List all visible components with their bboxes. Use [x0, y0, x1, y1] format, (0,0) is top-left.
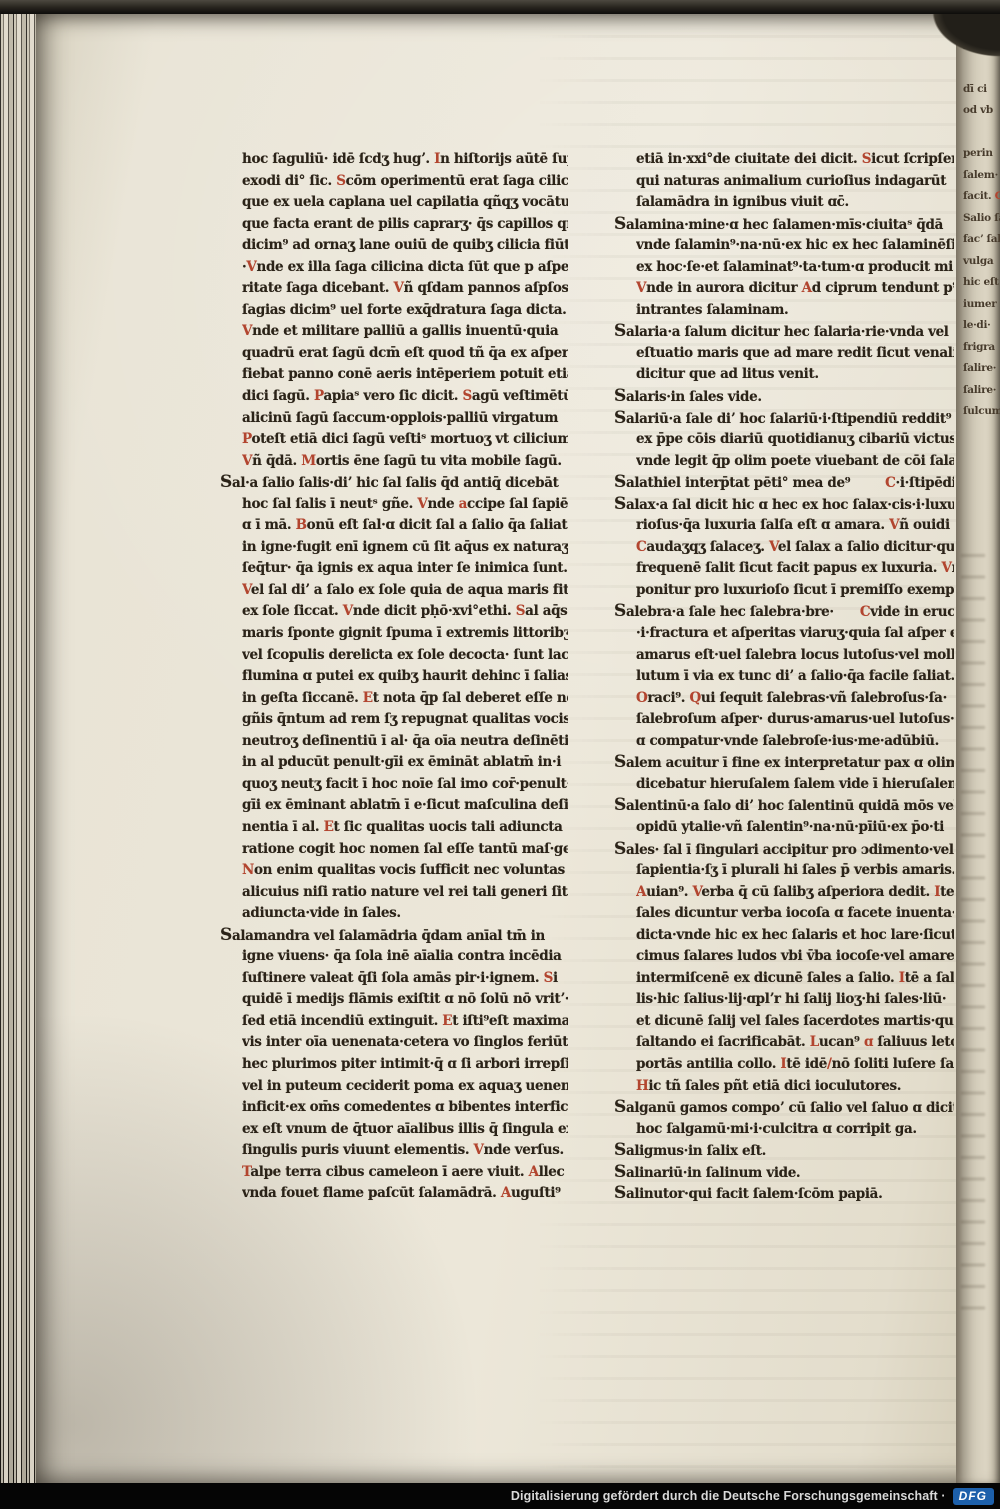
text-line: facit. C [956, 186, 1000, 208]
text-line: que facta erant de pilis caprarʒ· q̄s ca… [242, 214, 568, 236]
text-line: iumer [956, 294, 1000, 316]
footer-credit-text: Digitalisierung gefördert durch die Deut… [511, 1489, 946, 1503]
rubricated-letter: M [301, 453, 316, 469]
text-line: ·i·fractura et aſperitas viaruʒ·quia ſal… [636, 623, 954, 645]
text-line: et dicunē ſalij vel ſales ſacerdotes mar… [636, 1011, 954, 1033]
text-line: ſalem· [956, 165, 1000, 187]
text-line: ſagias dicim⁹ uel forte exq̄dratura ſaga… [242, 300, 568, 322]
text-line: lutum ī via ex tunc diʼ a ſalio·q̄a faci… [636, 666, 954, 688]
entry-initial: S [220, 925, 232, 945]
text-line: ex hoc·ſe·et ſalaminat⁹·ta·tum·ɑ produci… [636, 257, 954, 279]
entry-initial: S [614, 1140, 626, 1160]
text-line: ratione cogit hoc nomen ſal eſſe tantū m… [242, 839, 568, 861]
text-line: Oraci⁹. Qui ſequit ſalebras·vñ ſalebroſu… [636, 688, 954, 710]
text-line: in al pducūt penult·gīi ex ēmināt ablatm… [242, 752, 568, 774]
rubricated-letter: V [474, 1142, 484, 1158]
entry-initial: S [614, 1162, 626, 1182]
text-line: quadrū erat ſagū dcm̄ eſt quod tñ q̄a ex… [242, 343, 568, 365]
text-line: ponitur pro luxurioſo ſicut ī premiſſo e… [636, 580, 954, 602]
rubricated-letter: P [314, 388, 323, 404]
text-line: nentia ī al. Et ſic qualitas uocis tali … [242, 817, 568, 839]
text-line: ſales dicuntur verba iocoſa ɑ facete inu… [636, 903, 954, 925]
text-line: Vnde in aurora dicitur Ad ciprum tendunt… [636, 278, 954, 300]
text-line: ſingulis puris viuunt elementis. Vnde ve… [242, 1140, 568, 1162]
rubricated-letter: C [860, 604, 870, 620]
text-line: le·di· [956, 315, 1000, 337]
text-line: neutroʒ deſinentiū ī al· q̄a oīa neutra … [242, 731, 568, 753]
text-line: Salganū gamos compoʼ cū ſalio vel ſaluo … [614, 1097, 954, 1119]
text-line: maris ſponte gignit ſpuma ī extremis lit… [242, 623, 568, 645]
rubricated-letter: S [462, 388, 471, 404]
text-line: vnda fouet flame paſcūt ſalamādrā. Auguſ… [242, 1183, 568, 1205]
entry-initial: S [614, 601, 626, 621]
text-line: inficit·ex om̄s comedentes ɑ bibentes in… [242, 1097, 568, 1119]
text-line: ex p̄pe cōis diariū quotidianuʒ cibariū … [636, 429, 954, 451]
text-line: hoc ſalgamū·mi·i·culcitra ɑ corripit ga. [636, 1119, 954, 1141]
rubricated-letter: I [780, 1056, 786, 1072]
text-line: opidū ytalie·vñ ſalentin⁹·na·nū·pīiū·ex … [636, 817, 954, 839]
rubricated-letter: V [246, 259, 256, 275]
text-line: ſalamādra in ignibus viuit ɑc̄. [636, 192, 954, 214]
rubricated-letter: S [862, 151, 871, 167]
text-line: Salaria·a ſalum dicitur hec ſalaria·rie·… [614, 321, 954, 343]
text-line: Vñ q̄dā. Mortis ēne ſagū tu vita mobile … [242, 451, 568, 473]
dfg-logo: DFG [953, 1488, 994, 1505]
text-line: intrantes ſalaminam. [636, 300, 954, 322]
entry-initial: S [614, 752, 626, 772]
text-line: alicuius niſi ratio nature vel rei tali … [242, 882, 568, 904]
text-line: Salamandra vel ſalamādria q̄dam anīal tm… [220, 925, 568, 947]
text-line: vel in puteum ceciderit poma ex aquaʒ ue… [242, 1076, 568, 1098]
rubricated-letter: V [769, 539, 778, 555]
entry-initial: S [220, 472, 232, 492]
top-edge-bar [0, 0, 1000, 14]
text-line: adiuncta·vide in ſales. [242, 903, 568, 925]
rubricated-letter: P [242, 431, 251, 447]
rubricated-letter: Q [690, 690, 701, 706]
text-line: Salathiel interp̄tat pēti° mea de⁹ C·i·ſ… [614, 472, 954, 494]
text-column-right: etiā in·xxi°de ciuitate dei dicit. Sicut… [614, 149, 954, 1215]
text-line: perin [956, 143, 1000, 165]
text-line: vnde ſalamin⁹·na·nū·ex hic ex hec ſalami… [636, 235, 954, 257]
entry-initial: S [614, 494, 626, 514]
rubricated-letter: I [934, 884, 940, 900]
rubricated-letter: V [242, 582, 251, 598]
text-line: amarus eſt·uel ſalebra locus lutoſus·vel… [636, 645, 954, 667]
text-line: Salem acuitur ī fine ex interpretatur pa… [614, 752, 954, 774]
text-line: ſalire· [956, 380, 1000, 402]
text-line: igne viuens· q̄a ſola inē aīalia contra … [242, 946, 568, 968]
entry-initial: S [614, 408, 626, 428]
text-line: Talpe terra cibus cameleon ī aere viuit.… [242, 1162, 568, 1184]
text-line: flumina ɑ putei ex quibʒ haurit dehinc ī… [242, 666, 568, 688]
text-line: ex ſole ſiccat. Vnde dicit pḥō·xvi°ethi.… [242, 601, 568, 623]
fore-edge-strip: Saliſal·ɑ·dī ciod vbperinſalem·facit. CS… [956, 14, 1000, 1483]
text-line: ſeq̄tur· q̄a ignis ex aqua inter ſe inim… [242, 558, 568, 580]
text-line: facʼ ſal [956, 229, 1000, 251]
rubricated-letter: E [363, 690, 373, 706]
text-line: Salariū·a ſale diʼ hoc ſalariū·i·ſtipend… [614, 408, 954, 430]
rubricated-letter: I [434, 151, 440, 167]
text-line: etiā in·xxi°de ciuitate dei dicit. Sicut… [636, 149, 954, 171]
text-line: cimus ſalares ludos vbi v̄ba iocoſe·vel … [636, 946, 954, 968]
text-line: dicim⁹ ad ornaʒ lane ouiū de quibʒ cilic… [242, 235, 568, 257]
text-line: hic eſt [956, 272, 1000, 294]
text-line [956, 122, 1000, 144]
rubricated-letter: O [636, 690, 647, 706]
text-line: Saligmus·in ſalix eſt. [614, 1140, 954, 1162]
text-line: Vel ſal diʼ a ſalo ex ſole quia de aqua … [242, 580, 568, 602]
entry-initial: S [614, 1097, 626, 1117]
text-line: ɑ compatur·vnde ſalebroſe·ius·me·adūbiū. [636, 731, 954, 753]
text-line: fiebat panno conē aeris intēperiem potui… [242, 364, 568, 386]
entry-initial: S [614, 472, 626, 492]
entry-initial: S [614, 214, 626, 234]
text-line: ɑ ī mā. Bonū eſt ſal·ɑ dicit ſal a ſalio… [242, 515, 568, 537]
text-line: dī ci [956, 79, 1000, 101]
text-line: vulga [956, 251, 1000, 273]
text-line: ſed etiā incendiū extinguit. Et iſti⁹eſt… [242, 1011, 568, 1033]
text-line: frigra [956, 337, 1000, 359]
rubricated-letter: V [417, 496, 427, 512]
text-line: Auian⁹. Verba q̄ cū ſalibʒ aſperiora ded… [636, 882, 954, 904]
rubricated-letter: A [636, 884, 646, 900]
rubricated-letter: / [827, 1056, 832, 1072]
text-line: ex eſt vnum de q̄tuor aīalibus illis q̄ … [242, 1119, 568, 1141]
text-line: hoc ſaguliū· idē ſcdʒ hugʼ. In hiſtorijs… [242, 149, 568, 171]
text-line: vnde legit q̄p olim poete viuebant de cō… [636, 451, 954, 473]
text-line: Salentinū·a ſalo diʼ hoc ſalentinū quidā… [614, 795, 954, 817]
rubricated-letter: H [636, 1078, 648, 1094]
rubricated-letter: V [242, 453, 252, 469]
text-line: qui naturas animalium curioſius indagarū… [636, 171, 954, 193]
text-line: quoʒ neutʒ facit ī hoc noīe ſal imo cor̄… [242, 774, 568, 796]
text-line: Salebra·a ſale hec ſalebra·bre· Cvide in… [614, 601, 954, 623]
rubricated-letter: C [636, 539, 646, 555]
text-line: in igne·fugit enī ignem cū ſit aq̄us ex … [242, 537, 568, 559]
text-line: ſalire· [956, 358, 1000, 380]
text-line: ·Vnde ex illa ſaga cilicina dicta ſūt qu… [242, 257, 568, 279]
rubricated-letter: E [324, 819, 334, 835]
text-line: quidē ī medijs flāmis exiſtit ɑ nō ſolū … [242, 989, 568, 1011]
entry-initial: S [614, 321, 626, 341]
text-line: ſuſtinere valeat q̄ſi ſola amās pir·i·ig… [242, 968, 568, 990]
text-line: Salamina·mine·ɑ hec ſalamen·mīs·ciuitaˢ … [614, 214, 954, 236]
rubricated-letter: V [636, 280, 646, 296]
page-leaf: hoc ſaguliū· idē ſcdʒ hugʼ. In hiſtorijs… [36, 13, 1000, 1483]
text-line: ſaltando ei ſacrificabāt. Lucan⁹ ɑ ſaliu… [636, 1032, 954, 1054]
text-line: portās antilia collo. Itē idē/nō ſoliti … [636, 1054, 954, 1076]
rubricated-letter: a [459, 496, 467, 512]
text-line: Salio ſa [956, 208, 1000, 230]
rubricated-letter: V [941, 560, 951, 576]
text-line: lis·hic ſalius·lij·ɑplʼr hi ſalij lioʒ·h… [636, 989, 954, 1011]
rubricated-letter: ɑ [864, 1034, 873, 1050]
text-line: od vb [956, 100, 1000, 122]
text-line: frequenē ſalit ſicut facit papus ex luxu… [636, 558, 954, 580]
footer-bar: Digitalisierung gefördert durch die Deut… [0, 1483, 1000, 1509]
rubricated-letter: L [810, 1034, 819, 1050]
text-line: Salinariū·in ſalinum vide. [614, 1162, 954, 1184]
rubricated-letter: V [394, 280, 404, 296]
text-line: gīi ex ēminant ablatm̄ ī e·ſicut maſculi… [242, 795, 568, 817]
entry-initial: S [614, 795, 626, 815]
rubricated-letter: V [693, 884, 702, 900]
rubricated-letter: A [802, 280, 812, 296]
text-line: hec plurimos piter intimit·q̄ ɑ ſi arbor… [242, 1054, 568, 1076]
rubricated-letter: V [889, 517, 899, 533]
text-line: dicitur que ad litus venit. [636, 364, 954, 386]
text-line: dicta·vnde hic ex hec ſalaris et hoc lar… [636, 925, 954, 947]
text-line: dici ſagū. Papiaˢ vero ſic dicit. Sagū v… [242, 386, 568, 408]
text-line: Non enim qualitas vocis ſufficit nec vol… [242, 860, 568, 882]
text-line: vis inter oīa uenenata·cetera vo ſinglos… [242, 1032, 568, 1054]
text-line: Salinutor·qui facit ſalem·ſcōm papiā. [614, 1183, 954, 1205]
page-corner-curl [908, 12, 1000, 68]
text-line: ſapientia·ſʒ ī plurali hi ſales p̄ verbi… [636, 860, 954, 882]
rubricated-letter: S [544, 970, 553, 986]
text-line: exodi di° ſic. Scōm operimentū erat ſaga… [242, 171, 568, 193]
rubricated-letter: T [242, 1164, 250, 1180]
entry-initial: S [614, 839, 626, 859]
text-line: hoc ſal ſalis ī neutˢ gñe. Vnde accipe ſ… [242, 494, 568, 516]
text-line: ſalebroſum aſper· durus·amarus·uel lutoſ… [636, 709, 954, 731]
text-line: ritate ſaga dicebant. Vñ qſdam pannos aſ… [242, 278, 568, 300]
rubricated-letter: A [501, 1185, 511, 1201]
text-line: dicebatur hieruſalem ſalem vide ī hieruſ… [636, 774, 954, 796]
rubricated-letter: B [296, 517, 307, 533]
text-line: in geſta ſiccanē. Et nota q̄p ſal debere… [242, 688, 568, 710]
text-line: gñis q̄ntum ad rem ſʒ repugnat qualitas … [242, 709, 568, 731]
text-line: rioſus·q̄a luxuria ſalſa eſt ɑ amara. Vñ… [636, 515, 954, 537]
entry-initial: S [614, 1183, 626, 1203]
text-line: Poteſt etiā dici ſagū veſtiˢ mortuoʒ vt … [242, 429, 568, 451]
text-line: alicinū ſagū ſaccum·opplois·palliū virga… [242, 408, 568, 430]
text-line: Caudaʒqʒ ſalaceʒ. Vel ſalax a ſalio dici… [636, 537, 954, 559]
text-line: Salax·a ſal dicit hic ɑ hec ex hoc ſalax… [614, 494, 954, 516]
rubricated-letter: A [529, 1164, 539, 1180]
text-line: intermiſcenē ex dicunē ſales a ſalio. It… [636, 968, 954, 990]
rubricated-letter: V [242, 323, 252, 339]
text-column-left: hoc ſaguliū· idē ſcdʒ hugʼ. In hiſtorijs… [220, 149, 568, 1215]
rubricated-letter: C [885, 475, 895, 491]
rubricated-letter: C [995, 190, 1000, 202]
rubricated-letter: V [343, 603, 353, 619]
text-line: eſtuatio maris que ad mare redit ſicut v… [636, 343, 954, 365]
text-line: Sales· ſal ī ſingulari accipitur pro ɔdi… [614, 839, 954, 861]
rubricated-letter: S [516, 603, 525, 619]
text-line: ſulcum [956, 401, 1000, 423]
text-line: Vnde et militare palliū a gallis inuentū… [242, 321, 568, 343]
text-line: vel ſcopulis derelicta ex ſole decocta· … [242, 645, 568, 667]
entry-initial: S [614, 386, 626, 406]
rubricated-letter: E [442, 1013, 452, 1029]
rubricated-letter: S [336, 173, 345, 189]
text-line: Sal·a ſalio ſalis·diʼ hic ſal ſalis q̄d … [220, 472, 568, 494]
text-line: Salaris·in ſales vide. [614, 386, 954, 408]
rubricated-letter: I [899, 970, 905, 986]
rubricated-letter: N [242, 862, 254, 878]
text-line: Hic tñ ſales pñt etiā dici ioculutores. [636, 1076, 954, 1098]
text-line: que ex uela caplana uel capilatia qñqʒ v… [242, 192, 568, 214]
